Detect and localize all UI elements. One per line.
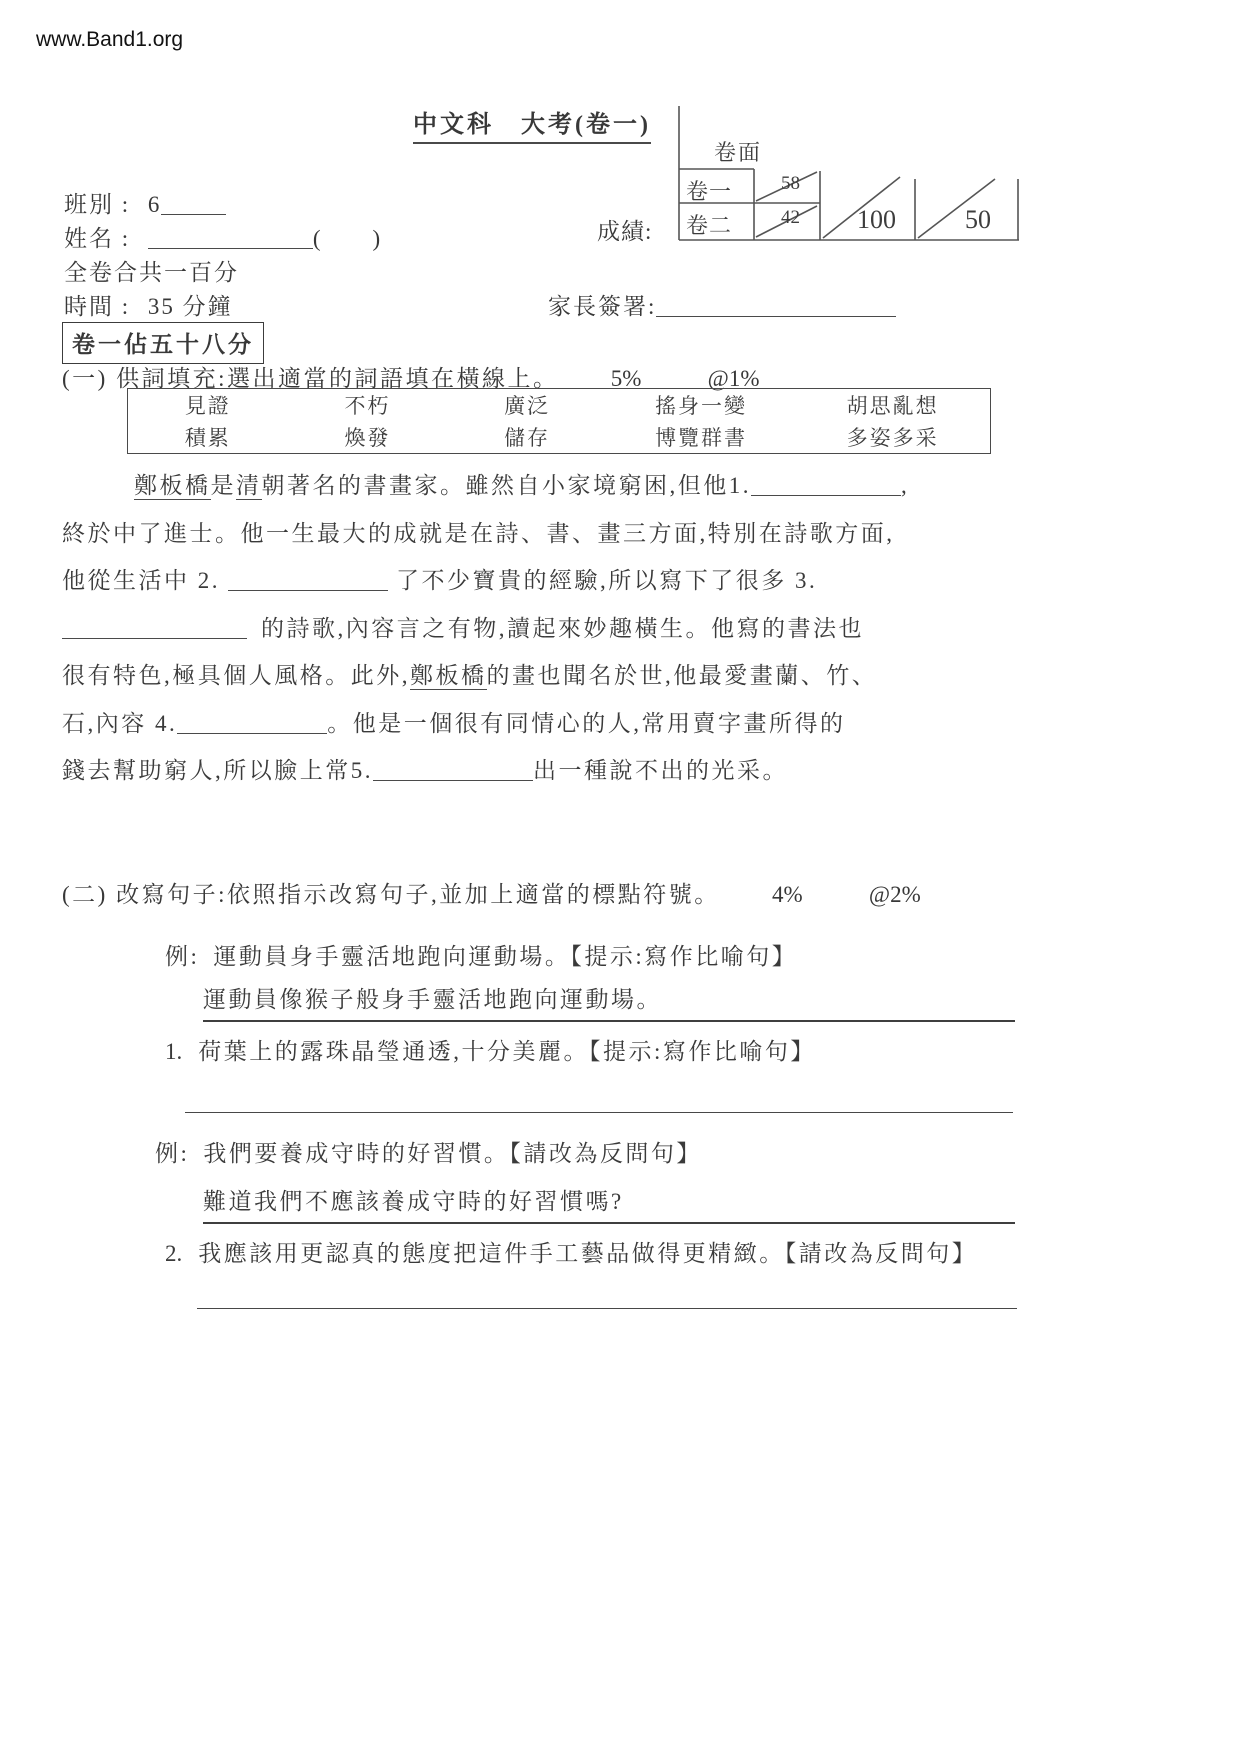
passage-text: 終於中了進士。他一生最大的成就是在詩、書、畫三方面,特別在詩歌方面,: [62, 521, 895, 546]
passage-line: 石,內容 4.。他是一個很有同情心的人,常用賣字畫所得的: [62, 700, 1022, 748]
passage-line: 錢去幫助窮人,所以臉上常5.出一種說不出的光采。: [62, 747, 1022, 795]
passage-line: 他從生活中 2.了不少寶貴的經驗,所以寫下了很多 3.: [62, 557, 1022, 605]
passage-line: 鄭板橋是清朝著名的書畫家。雖然自小家境窮困,但他1.,: [62, 462, 1022, 510]
name-label: 姓名 :: [64, 226, 130, 251]
cloze-blank-1: [751, 471, 901, 496]
word-bank-word: 多姿多采: [847, 422, 939, 452]
passage-text: 朝著名的書畫家。雖然自小家境窮困,但他1.: [262, 473, 752, 498]
passage-text: 了不少寶貴的經驗,所以寫下了很多 3.: [396, 568, 817, 593]
name-field: 姓名 : ( ): [64, 220, 382, 253]
example1-hint: 【提示:寫作比喻句】: [570, 944, 797, 969]
score-label: 成績:: [597, 213, 652, 246]
question1-text: 荷葉上的露珠晶瑩通透,十分美麗。: [198, 1039, 589, 1064]
question2-hint: 【請改為反問句】: [785, 1241, 978, 1266]
word-bank-word: 胡思亂想: [847, 390, 939, 420]
example2-answer: 難道我們不應該養成守時的好習慣嗎?: [203, 1183, 1015, 1224]
paper-one-marks-box: 卷一佔五十八分: [62, 322, 264, 364]
score-table-total-max: 100: [857, 205, 896, 235]
example1-row: 例:運動員身手靈活地跑向運動場。【提示:寫作比喻句】: [165, 938, 797, 971]
word-bank-word: 搖身一變: [655, 390, 747, 420]
section2-heading: (二) 改寫句子:依照指示改寫句子,並加上適當的標點符號。: [62, 882, 720, 907]
example-label: 例:: [165, 944, 199, 969]
class-value: 6: [148, 192, 162, 217]
word-bank-word: 積累: [185, 422, 231, 452]
cloze-blank-2: [228, 566, 388, 591]
exam-paper-page: www.Band1.org 中文科 大考(卷一) 卷面 卷一 58 卷二: [0, 0, 1240, 1754]
section2-heading-row: (二) 改寫句子:依照指示改寫句子,並加上適當的標點符號。 4% @2%: [62, 876, 921, 909]
total-marks-note: 全卷合共一百分: [64, 254, 239, 287]
question2-number: 2.: [165, 1241, 182, 1266]
score-table: 卷面 卷一 58 卷二 42 100 50: [678, 106, 1020, 242]
passage-text: 錢去幫助窮人,所以臉上常5.: [62, 758, 373, 783]
word-bank: 見證 不朽 廣泛 搖身一變 胡思亂想 積累 煥發 儲存 博覽群書 多姿多采: [127, 388, 991, 454]
word-bank-word: 不朽: [344, 390, 390, 420]
site-watermark: www.Band1.org: [36, 28, 183, 52]
parent-signature-blank: [656, 292, 896, 317]
question2-row: 2.我應該用更認真的態度把這件手工藝品做得更精緻。【請改為反問句】: [165, 1235, 977, 1268]
time-field: 時間 : 35 分鐘: [64, 288, 233, 321]
cloze-blank-3: [62, 613, 247, 638]
question1-hint: 【提示:寫作比喻句】: [589, 1039, 816, 1064]
time-value: 35 分鐘: [148, 294, 233, 319]
passage-text: 石,內容 4.: [62, 711, 177, 736]
question2-answer-line: [197, 1308, 1017, 1309]
proper-noun: 鄭板橋: [410, 663, 487, 690]
word-bank-word: 博覽群書: [655, 422, 747, 452]
question2-text: 我應該用更認真的態度把這件手工藝品做得更精緻。: [198, 1241, 785, 1266]
passage-text: 的詩歌,內容言之有物,讀起來妙趣橫生。他寫的書法也: [261, 616, 864, 641]
example2-question: 我們要養成守時的好習慣。: [203, 1141, 509, 1166]
section2-per-item-marks: @2%: [869, 882, 921, 908]
question1-number: 1.: [165, 1039, 182, 1064]
passage-text: 。他是一個很有同情心的人,常用賣字畫所得的: [327, 711, 845, 736]
example2-row: 例:我們要養成守時的好習慣。【請改為反問句】: [155, 1135, 702, 1168]
score-table-paper1-max: 58: [781, 173, 800, 195]
passage-line: 的詩歌,內容言之有物,讀起來妙趣橫生。他寫的書法也: [62, 605, 1022, 653]
proper-noun: 清: [236, 473, 262, 500]
word-bank-word: 煥發: [344, 422, 390, 452]
score-table-weighted-max: 50: [965, 205, 991, 235]
word-bank-word: 廣泛: [504, 390, 550, 420]
name-paren: ( ): [313, 226, 382, 251]
example-label: 例:: [155, 1141, 189, 1166]
class-label: 班別 :: [64, 192, 130, 217]
parent-signature-field: 家長簽署:: [548, 288, 896, 321]
cloze-passage: 鄭板橋是清朝著名的書畫家。雖然自小家境窮困,但他1., 終於中了進士。他一生最大…: [62, 462, 1022, 795]
score-table-paper1-label: 卷一: [686, 175, 732, 206]
cloze-blank-4: [177, 708, 327, 733]
passage-text: 是: [211, 473, 237, 498]
passage-text: 出一種說不出的光采。: [533, 758, 788, 783]
example1-question: 運動員身手靈活地跑向運動場。: [213, 944, 570, 969]
score-table-paper2-label: 卷二: [686, 209, 732, 240]
example2-hint: 【請改為反問句】: [509, 1141, 702, 1166]
name-blank: [148, 224, 313, 249]
passage-line: 終於中了進士。他一生最大的成就是在詩、書、畫三方面,特別在詩歌方面,: [62, 510, 1022, 558]
parent-signature-label: 家長簽署:: [548, 294, 656, 319]
class-blank: [161, 190, 226, 215]
passage-text: 他從生活中 2.: [62, 568, 220, 593]
section2-marks: 4%: [772, 882, 803, 908]
score-table-paper2-max: 42: [781, 207, 800, 229]
page-title: 中文科 大考(卷一): [413, 104, 651, 144]
word-bank-word: 見證: [185, 390, 231, 420]
score-table-corner-label: 卷面: [714, 136, 762, 167]
passage-text: 的畫也聞名於世,他最愛畫蘭、竹、: [487, 663, 878, 688]
question1-answer-line: [185, 1112, 1013, 1113]
example1-answer: 運動員像猴子般身手靈活地跑向運動場。: [203, 981, 1015, 1022]
passage-text: ,: [901, 473, 909, 498]
passage-text: 很有特色,極具個人風格。此外,: [62, 663, 410, 688]
question1-row: 1.荷葉上的露珠晶瑩通透,十分美麗。【提示:寫作比喻句】: [165, 1033, 816, 1066]
time-label: 時間 :: [64, 294, 130, 319]
cloze-blank-5: [373, 756, 533, 781]
proper-noun: 鄭板橋: [134, 473, 211, 500]
word-bank-word: 儲存: [504, 422, 550, 452]
class-field: 班別 : 6: [64, 186, 226, 219]
passage-line: 很有特色,極具個人風格。此外,鄭板橋的畫也聞名於世,他最愛畫蘭、竹、: [62, 652, 1022, 700]
